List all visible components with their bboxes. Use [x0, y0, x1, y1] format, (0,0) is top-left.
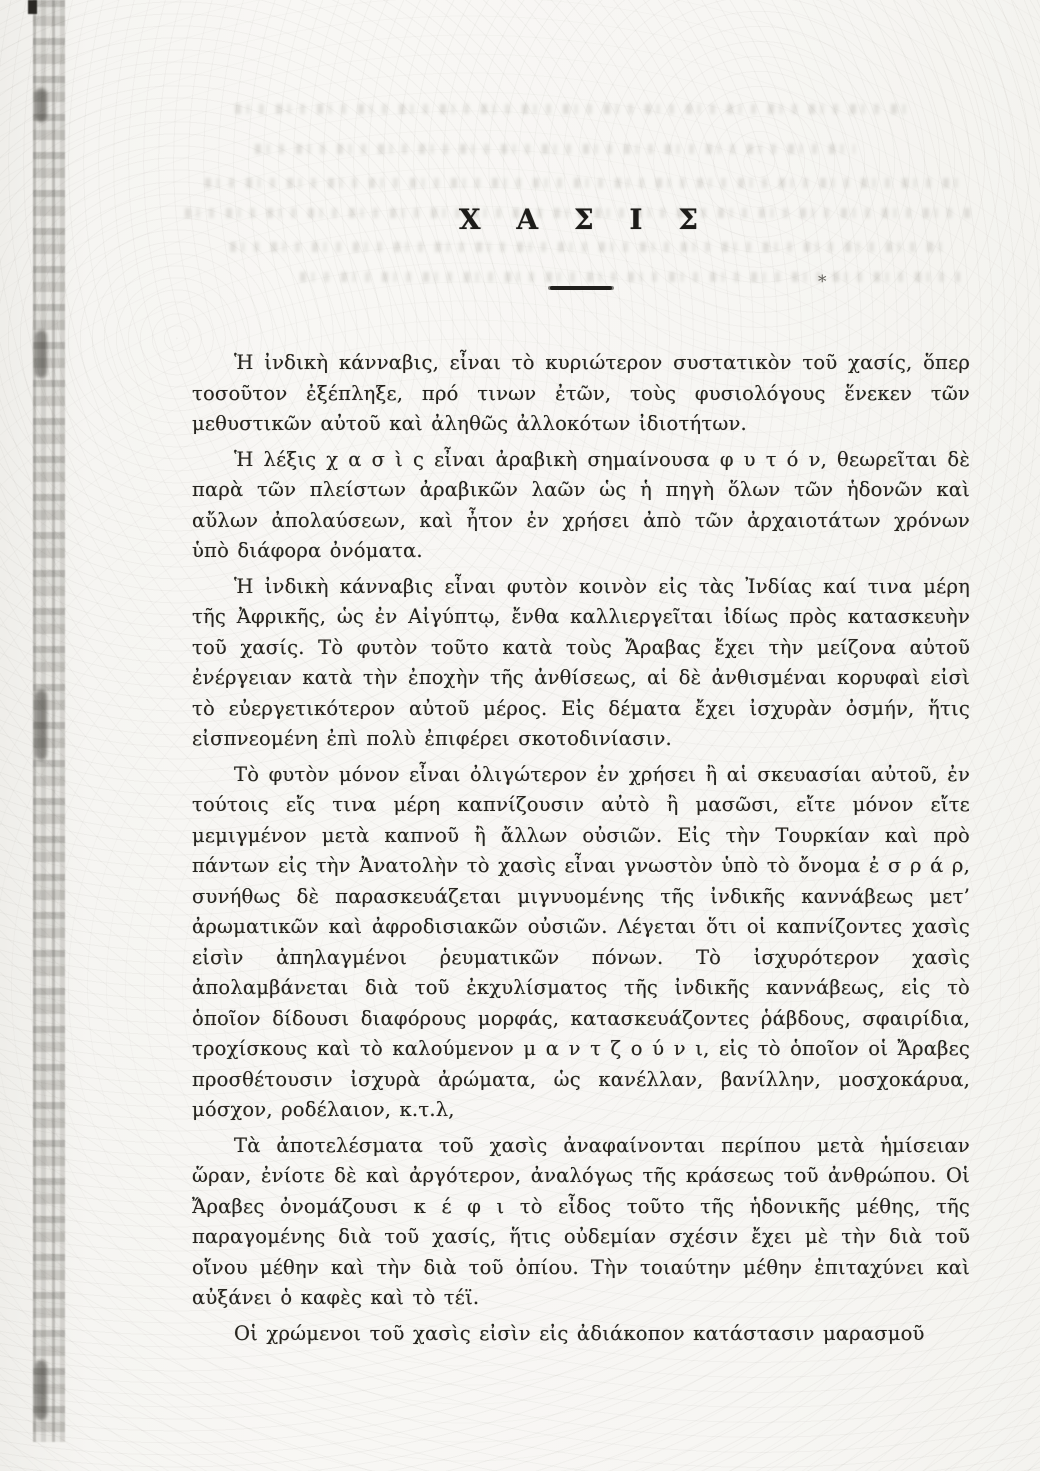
title-divider-rule: [550, 286, 612, 290]
paragraph: Τὸ φυτὸν μόνον εἶναι ὀλιγώτερον ἐν χρήσε…: [192, 760, 970, 1126]
bleedthrough-line: [300, 272, 960, 282]
paragraph: Τὰ ἀποτελέσματα τοῦ χασὶς ἀναφαίνονται π…: [192, 1131, 970, 1314]
bleedthrough-line: [255, 144, 855, 154]
bleedthrough-line: [230, 242, 950, 252]
scan-edge-mark: [28, 0, 37, 14]
paragraph: Οἱ χρώμενοι τοῦ χασὶς εἰσὶν εἰς ἀδιάκοπο…: [192, 1319, 970, 1350]
paragraph: Ἡ λέξις χ α σ ὶ ς εἶναι ἀραβικὴ σημαίνου…: [192, 445, 970, 567]
paragraph: Ἡ ἰνδικὴ κάνναβις, εἶναι τὸ κυριώτερον σ…: [192, 348, 970, 440]
body-text: Ἡ ἰνδικὴ κάνναβις, εἶναι τὸ κυριώτερον σ…: [192, 348, 970, 1354]
ink-blotch: [35, 1360, 47, 1420]
bleedthrough-line: [235, 104, 915, 114]
paragraph: Ἡ ἰνδικὴ κάνναβις εἶναι φυτὸν κοινὸν εἰς…: [192, 572, 970, 755]
page-title: Χ Α Σ Ι Σ: [450, 203, 720, 236]
ink-blotch: [35, 88, 47, 122]
ink-blotch: [35, 690, 47, 760]
ink-blotch: [35, 330, 47, 378]
scanned-book-page: Χ Α Σ Ι Σ * Ἡ ἰνδικὴ κάνναβις, εἶναι τὸ …: [0, 0, 1040, 1471]
bleedthrough-line: [205, 178, 965, 188]
margin-asterisk: *: [818, 272, 827, 292]
binding-shadow-band: [33, 0, 65, 1442]
